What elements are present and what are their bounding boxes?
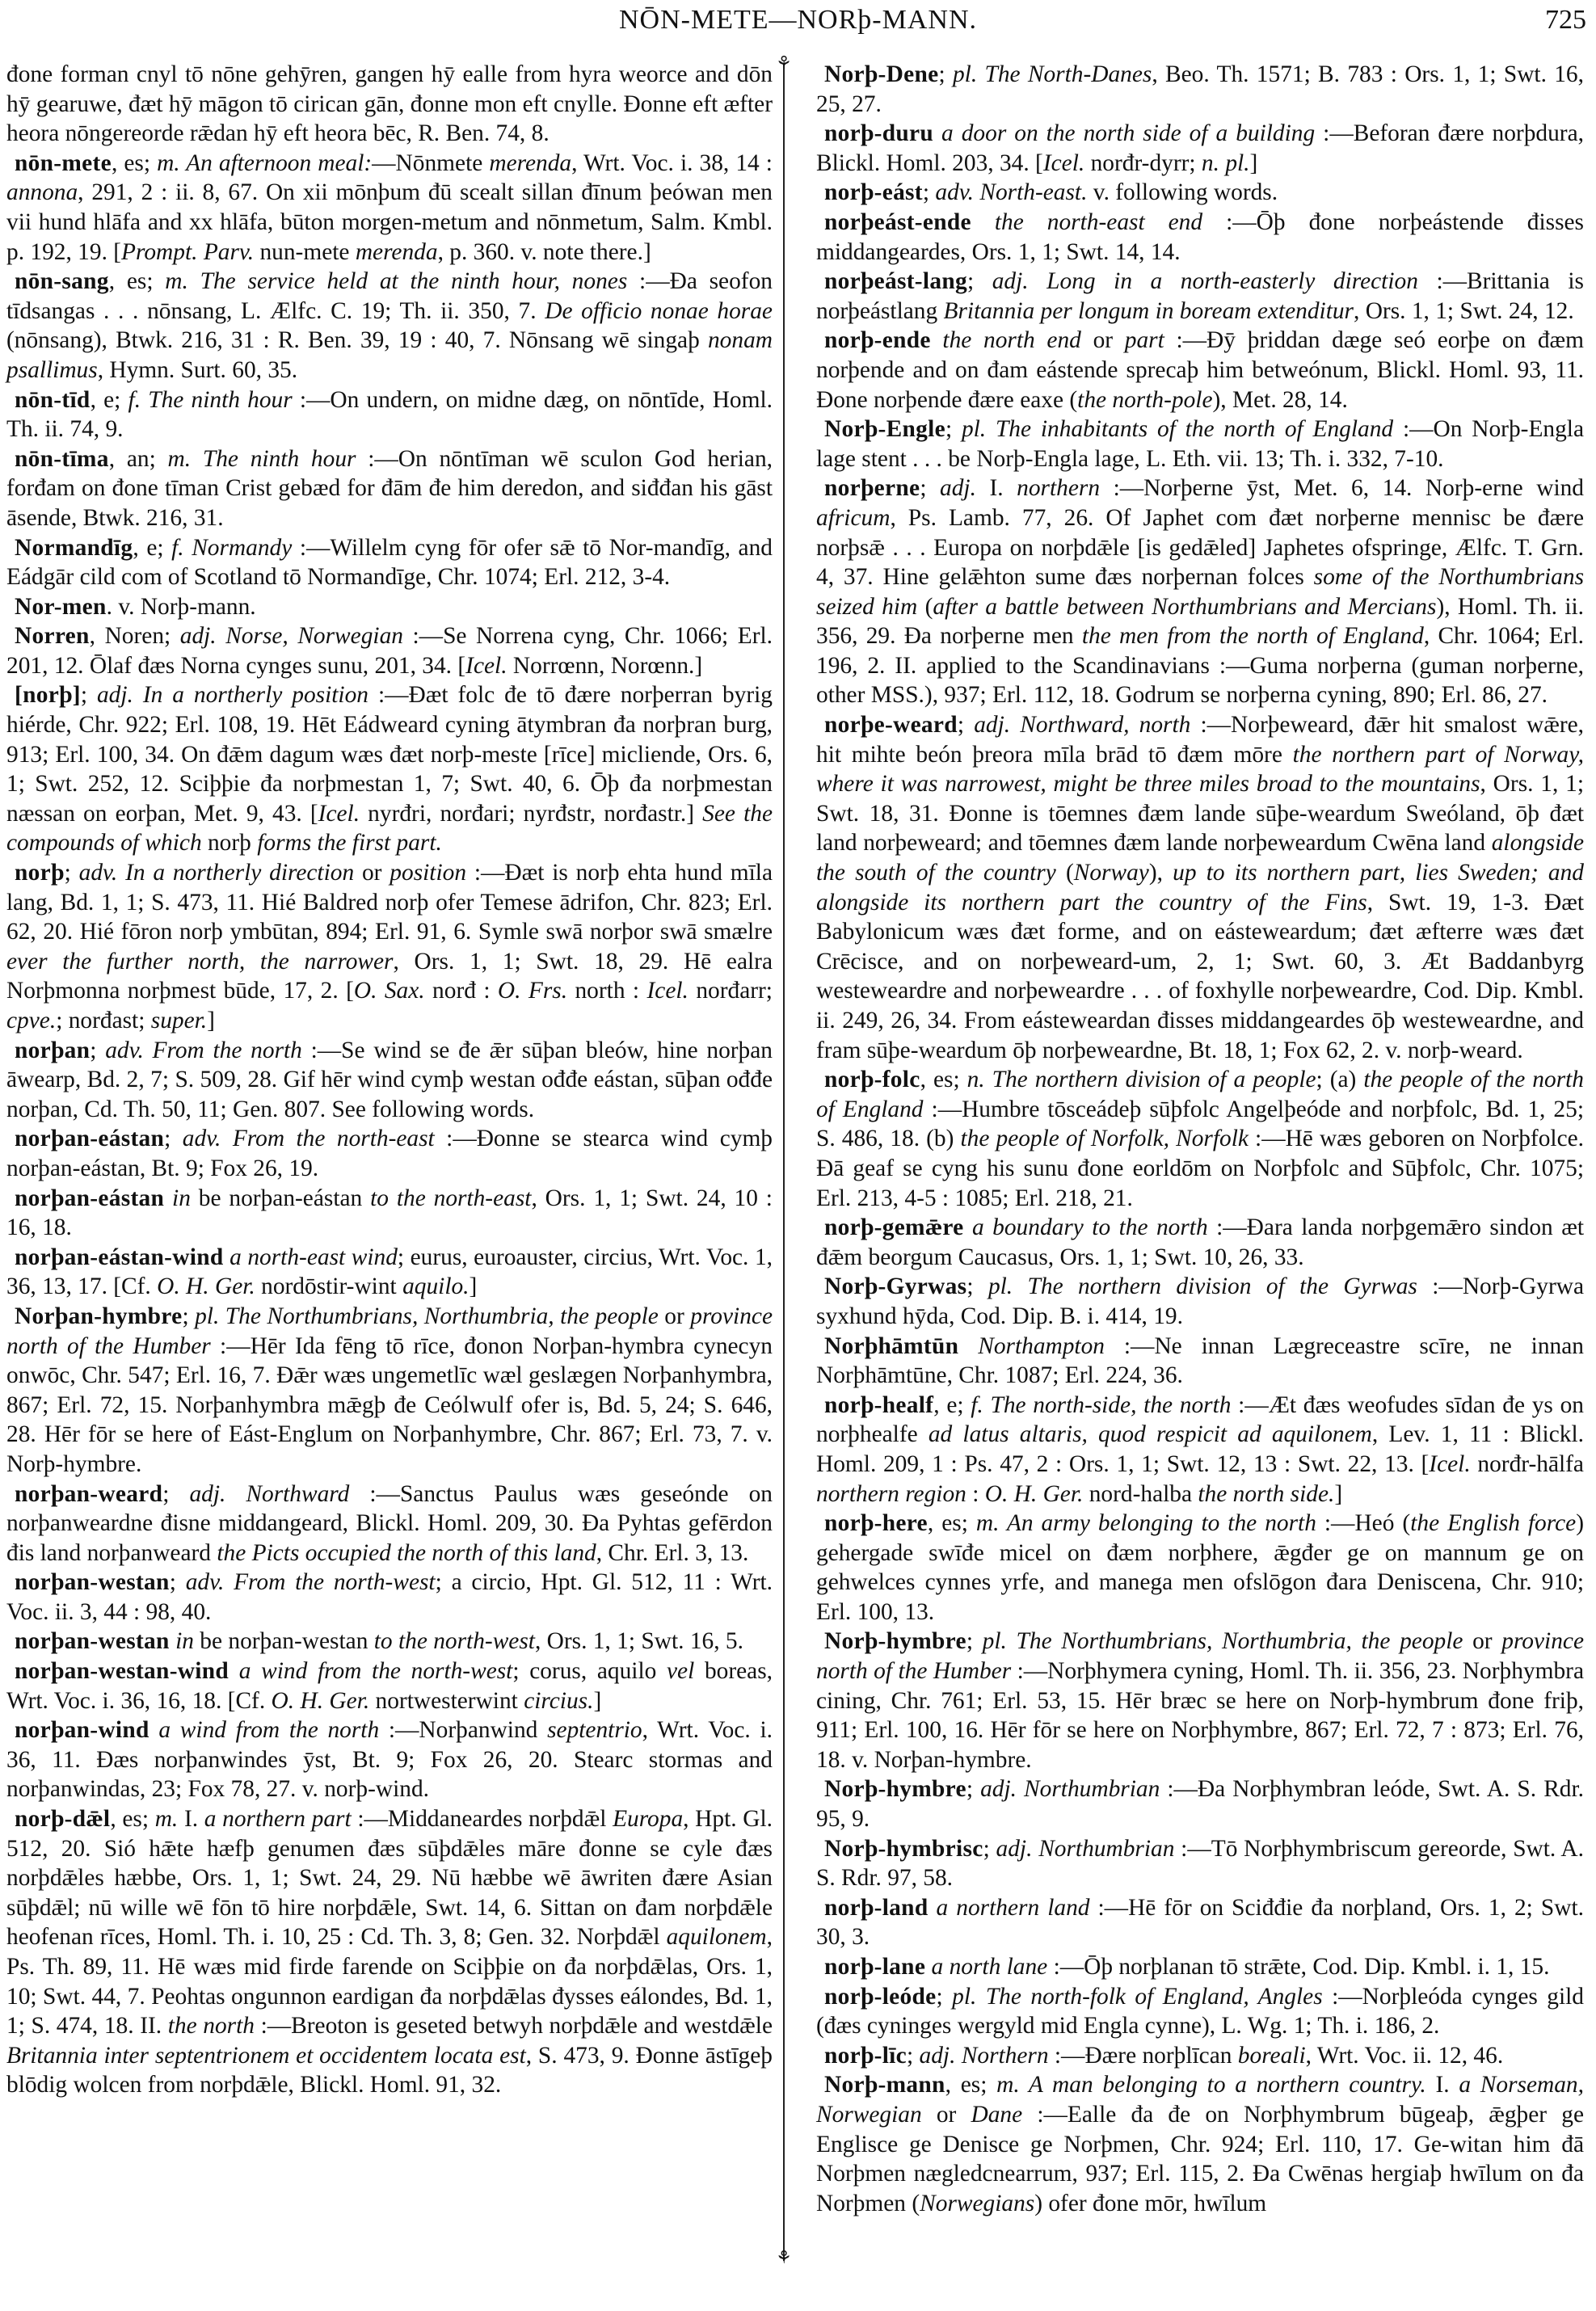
entry-text bbox=[928, 1895, 936, 1921]
entry-text: or bbox=[1081, 327, 1125, 353]
entry-text: , e; bbox=[133, 535, 171, 561]
entry-text: :—Đære norþlīcan bbox=[1049, 2043, 1238, 2069]
entry-text: ; bbox=[983, 1836, 996, 1862]
headword: norþ-duru bbox=[824, 120, 933, 146]
dictionary-entry: Norþan-hymbre; pl. The Northumbrians, No… bbox=[6, 1302, 773, 1480]
entry-text: :—Norþerne ȳst, Met. 6, 14. Norþ-erne wi… bbox=[1100, 475, 1584, 501]
headword: norþ-eást bbox=[824, 179, 923, 205]
entry-text: ; corus, aquilo bbox=[512, 1658, 667, 1684]
definition-italic: O. Sax. bbox=[354, 978, 425, 1004]
entry-text: north : bbox=[567, 978, 646, 1004]
entry-text: norđ : bbox=[425, 978, 498, 1004]
dictionary-entry: norþan-westan; adv. From the north-west;… bbox=[6, 1568, 773, 1627]
definition-italic: adj. Northern bbox=[920, 2043, 1049, 2069]
entry-text: or bbox=[659, 1303, 690, 1329]
entry-text: , Wrt. Voc. ii. 12, 46. bbox=[1306, 2043, 1504, 2069]
dictionary-entry: Norþ-Gyrwas; pl. The northern division o… bbox=[816, 1272, 1584, 1331]
entry-text: or bbox=[922, 2102, 971, 2128]
entry-text: ; (a) bbox=[1316, 1067, 1364, 1092]
headword: norþan-westan bbox=[15, 1569, 170, 1595]
entry-text bbox=[933, 120, 941, 146]
headword: Norþ-Engle bbox=[824, 416, 945, 442]
definition-italic: O. Frs. bbox=[498, 978, 567, 1004]
dictionary-entry: nōn-mete, es; m. An afternoon meal:—Nōnm… bbox=[6, 149, 773, 267]
entry-text: ( bbox=[917, 594, 933, 620]
dictionary-entry: norþ-dǣl, es; m. I. a northern part :—Mi… bbox=[6, 1804, 773, 2100]
headword: norþ-gemǣre bbox=[824, 1214, 964, 1240]
definition-italic: pl. The Northumbrians, Northumbria, the … bbox=[983, 1628, 1463, 1654]
definition-italic: Icel. bbox=[465, 653, 507, 679]
definition-italic: m. The service held at the ninth hour, n… bbox=[165, 268, 627, 294]
definition-italic: a north-east wind bbox=[230, 1244, 398, 1270]
dictionary-entry: norþ-leóde; pl. The north-folk of Englan… bbox=[816, 1982, 1584, 2041]
entry-text: , es; bbox=[928, 1510, 976, 1536]
headword: norþ-folc bbox=[824, 1067, 920, 1092]
headword: norþe-weard bbox=[824, 712, 958, 738]
definition-italic: f. The ninth hour bbox=[128, 387, 293, 413]
dictionary-entry: norþ-eást; adv. North-east. v. following… bbox=[816, 178, 1584, 208]
dictionary-entry: norþ-līc; adj. Northern :—Đære norþlīcan… bbox=[816, 2041, 1584, 2071]
entry-text: ( bbox=[1056, 860, 1074, 886]
entry-text bbox=[164, 1185, 172, 1211]
headword: norþ-līc bbox=[824, 2043, 907, 2069]
dictionary-entry: norþan-westan-wind a wind from the north… bbox=[6, 1656, 773, 1715]
definition-italic: m. An afternoon meal: bbox=[157, 150, 372, 176]
definition-italic: De officio nonae horae bbox=[545, 298, 773, 324]
headword: nōn-sang bbox=[15, 268, 109, 294]
dictionary-entry: nōn-sang, es; m. The service held at the… bbox=[6, 267, 773, 385]
definition-italic: the English force bbox=[1410, 1510, 1576, 1536]
definition-italic: adv. In a northerly direction bbox=[79, 860, 355, 886]
definition-italic: O. H. Ger. bbox=[272, 1688, 370, 1714]
definition-italic: annona bbox=[6, 179, 78, 205]
entry-text: , p. 360. v. note there.] bbox=[438, 239, 651, 265]
entry-text: ), Met. 28, 14. bbox=[1213, 387, 1348, 413]
dictionary-entry: norþan-westan in be norþan-westan to the… bbox=[6, 1627, 773, 1656]
dictionary-entry: norþan; adv. From the north :—Se wind se… bbox=[6, 1036, 773, 1125]
definition-italic: africum bbox=[816, 505, 890, 531]
definition-italic: a wind from the north-west bbox=[239, 1658, 513, 1684]
entry-text: ; bbox=[907, 2043, 920, 2069]
entry-text: , e; bbox=[933, 1392, 971, 1418]
entry-text: ; bbox=[966, 1776, 980, 1802]
entry-text bbox=[958, 1333, 978, 1359]
entry-text: ; bbox=[182, 1303, 195, 1329]
entry-text: ; bbox=[958, 712, 974, 738]
entry-text: :—Norþanwind bbox=[379, 1717, 547, 1743]
headword: Norþ-Gyrwas bbox=[824, 1273, 966, 1299]
entry-text: nordōstir-wint bbox=[255, 1273, 402, 1299]
headword: [norþ] bbox=[15, 682, 81, 708]
definition-italic: adj. Northumbrian bbox=[980, 1776, 1160, 1802]
headword: Normandīg bbox=[15, 535, 133, 561]
dictionary-entry: norþ; adv. In a northerly direction or p… bbox=[6, 858, 773, 1036]
entry-text: :—Breoton is geseted betwyh norþdǣle and… bbox=[255, 2013, 773, 2039]
entry-text: norđarr; bbox=[689, 978, 773, 1004]
dictionary-entry: norþ-folc, es; n. The northern division … bbox=[816, 1065, 1584, 1213]
definition-italic: northern region bbox=[816, 1481, 966, 1507]
entry-text: —Nōnmete bbox=[372, 150, 489, 176]
definition-italic: the men from the north of England bbox=[1082, 623, 1424, 649]
entry-text: ] bbox=[593, 1688, 601, 1714]
dictionary-entry: Norþ-Dene; pl. The North-Danes, Beo. Th.… bbox=[816, 60, 1584, 119]
entry-text: ] bbox=[1250, 150, 1258, 176]
definition-italic: O. H. Ger. bbox=[157, 1273, 255, 1299]
divider-ornament-bottom-icon: ⚘ bbox=[776, 2248, 792, 2267]
entry-text: , es; bbox=[109, 268, 166, 294]
headword: Norþhāmtūn bbox=[824, 1333, 958, 1359]
entry-text: ) ofer đone mōr, hwīlum bbox=[1034, 2191, 1266, 2216]
entry-text: , es; bbox=[112, 150, 157, 176]
entry-text: I. bbox=[1426, 2072, 1459, 2098]
entry-text: ; bbox=[938, 61, 952, 87]
definition-italic: adj. Long in a north-easterly direction bbox=[992, 268, 1418, 294]
headword: norþ-healf bbox=[824, 1392, 933, 1418]
entry-text: ; bbox=[966, 1628, 983, 1654]
dictionary-entry: [norþ]; adj. In a northerly position :—Đ… bbox=[6, 680, 773, 858]
entry-text bbox=[229, 1658, 239, 1684]
definition-italic: adj. Northumbrian bbox=[996, 1836, 1175, 1862]
definition-italic: adj. Norse, Norwegian bbox=[180, 623, 403, 649]
entry-text: , es; bbox=[110, 1806, 154, 1832]
definition-italic: merenda bbox=[489, 150, 571, 176]
headword: norþerne bbox=[824, 475, 920, 501]
entry-text: , Ors. 1, 1; Swt. 24, 12. bbox=[1354, 298, 1574, 324]
entry-text: :—Heó ( bbox=[1316, 1510, 1410, 1536]
entry-text: ; norđast; bbox=[56, 1008, 151, 1033]
entry-text: norđr-hālfa bbox=[1471, 1451, 1584, 1477]
definition-italic: part bbox=[1125, 327, 1164, 353]
definition-italic: to the north-west bbox=[374, 1628, 535, 1654]
headword: norþan-eástan bbox=[15, 1185, 164, 1211]
definition-italic: the people of Norfolk, Norfolk bbox=[961, 1126, 1249, 1151]
dictionary-entry: Norþ-Engle; pl. The inhabitants of the n… bbox=[816, 415, 1584, 474]
definition-italic: merenda bbox=[356, 239, 438, 265]
dictionary-entry: Norþ-mann, es; m. A man belonging to a n… bbox=[816, 2070, 1584, 2218]
dictionary-entry: norþ-healf, e; f. The north-side, the no… bbox=[816, 1391, 1584, 1509]
entry-text bbox=[964, 1214, 972, 1240]
dictionary-entry: Norþ-hymbre; adj. Northumbrian :—Đa Norþ… bbox=[816, 1774, 1584, 1833]
definition-italic: aquilonem bbox=[667, 1924, 767, 1950]
entry-text: I. bbox=[178, 1806, 204, 1832]
entry-text: ; bbox=[920, 475, 940, 501]
definition-italic: m. A man belonging to a northern country… bbox=[996, 2072, 1426, 2098]
definition-italic: f. Normandy bbox=[171, 535, 292, 561]
entry-text: be norþan-eástan bbox=[191, 1185, 370, 1211]
definition-italic: Northampton bbox=[978, 1333, 1105, 1359]
entry-text: (nōnsang), Btwk. 216, 31 : R. Ben. 39, 1… bbox=[6, 327, 708, 353]
definition-italic: the Picts occupied the north of this lan… bbox=[217, 1540, 596, 1566]
definition-italic: Norwegians bbox=[920, 2191, 1034, 2216]
definition-italic: cpve. bbox=[6, 1008, 56, 1033]
dictionary-entry: norþan-wind a wind from the north :—Norþ… bbox=[6, 1715, 773, 1804]
definition-italic: a wind from the north bbox=[158, 1717, 379, 1743]
definition-italic: adv. North-east. bbox=[935, 179, 1087, 205]
definition-italic: m. An army belonging to the north bbox=[976, 1510, 1316, 1536]
dictionary-entry: norþ-duru a door on the north side of a … bbox=[816, 119, 1584, 178]
definition-italic: position bbox=[390, 860, 466, 886]
entry-text: I. bbox=[976, 475, 1017, 501]
headword: norþ-leóde bbox=[824, 1984, 937, 2010]
entry-text: v. following words. bbox=[1087, 179, 1278, 205]
headword: norþeást-lang bbox=[824, 268, 967, 294]
entry-text: or bbox=[354, 860, 390, 886]
entry-text: or bbox=[1463, 1628, 1501, 1654]
entry-text: ; bbox=[81, 682, 97, 708]
dictionary-entry: norþan-eástan in be norþan-eástan to the… bbox=[6, 1184, 773, 1243]
page-title: NŌN-METE—NORþ-MANN. bbox=[0, 5, 1596, 36]
definition-italic: super. bbox=[151, 1008, 207, 1033]
divider-ornament-top-icon: ⚘ bbox=[776, 53, 792, 73]
entry-text: , Wrt. Voc. i. 38, 14 : bbox=[571, 150, 773, 176]
entry-text: ; bbox=[170, 1569, 186, 1595]
entry-text: , es; bbox=[945, 2072, 996, 2098]
entry-text: . v. Norþ-mann. bbox=[107, 594, 256, 620]
dictionary-entry: norþan-eástan-wind a north-east wind; eu… bbox=[6, 1243, 773, 1302]
dictionary-entry: norþan-eástan; adv. From the north-east … bbox=[6, 1124, 773, 1183]
definition-italic: a north lane bbox=[932, 1954, 1048, 1980]
entry-text: , an; bbox=[109, 446, 168, 472]
entry-text: đone forman cnyl tō nōne gehȳren, gangen… bbox=[6, 61, 773, 146]
dictionary-entry: nōn-tīd, e; f. The ninth hour :—On under… bbox=[6, 385, 773, 444]
definition-italic: adj. Northward, north bbox=[974, 712, 1190, 738]
definition-italic: m. bbox=[155, 1806, 179, 1832]
entry-text: ; bbox=[937, 1984, 953, 2010]
definition-italic: in bbox=[175, 1628, 194, 1654]
definition-italic: adv. From the north bbox=[105, 1038, 302, 1063]
dictionary-entry: Norren, Noren; adj. Norse, Norwegian :—S… bbox=[6, 621, 773, 680]
headword: nōn-mete bbox=[15, 150, 112, 176]
dictionary-entry: norþ-here, es; m. An army belonging to t… bbox=[816, 1509, 1584, 1627]
definition-italic: the north bbox=[168, 2013, 255, 2039]
definition-italic: adj. Northward bbox=[189, 1481, 349, 1507]
entry-text: norđr-dyrr; bbox=[1084, 150, 1202, 176]
entry-text bbox=[971, 209, 995, 235]
definition-italic: adv. From the north-east bbox=[183, 1126, 435, 1151]
entry-text: be norþan-westan bbox=[194, 1628, 374, 1654]
definition-italic: f. The north-side, the north bbox=[971, 1392, 1231, 1418]
headword: norþan-westan-wind bbox=[15, 1658, 229, 1684]
definition-italic: the north side. bbox=[1198, 1481, 1334, 1507]
entry-text: nun-mete bbox=[254, 239, 356, 265]
entry-text: ; bbox=[923, 179, 936, 205]
headword: Norþ-mann bbox=[824, 2072, 945, 2098]
entry-text: , Noren; bbox=[90, 623, 180, 649]
definition-italic: adj. bbox=[940, 475, 976, 501]
dictionary-entry: Nor-men. v. Norþ-mann. bbox=[6, 592, 773, 622]
headword: norþ-dǣl bbox=[15, 1806, 110, 1832]
definition-italic: O. H. Ger. bbox=[985, 1481, 1084, 1507]
dictionary-entry: norþ-ende the north end or part :—Đȳ þri… bbox=[816, 326, 1584, 415]
headword: Norren bbox=[15, 623, 90, 649]
definition-italic: Dane bbox=[971, 2102, 1023, 2128]
entry-text: nyrđri, norđari; nyrđstr, norđastr.] bbox=[360, 801, 702, 827]
headword: norþan bbox=[15, 1038, 90, 1063]
definition-italic: aquilo. bbox=[402, 1273, 469, 1299]
definition-italic: Norway bbox=[1074, 860, 1149, 886]
definition-italic: Britannia inter septentrionem et occiden… bbox=[6, 2043, 526, 2069]
entry-text: ; bbox=[966, 1273, 988, 1299]
entry-text: ; bbox=[90, 1038, 105, 1063]
entry-text: ] bbox=[470, 1273, 478, 1299]
definition-italic: a northern part bbox=[204, 1806, 352, 1832]
entry-text: ; bbox=[945, 416, 962, 442]
right-column: Norþ-Dene; pl. The North-Danes, Beo. Th.… bbox=[816, 60, 1584, 2218]
definition-italic: adj. In a northerly position bbox=[97, 682, 368, 708]
headword: norþ bbox=[15, 860, 65, 886]
definition-italic: m. The ninth hour bbox=[168, 446, 356, 472]
definition-italic: the north-pole bbox=[1077, 387, 1212, 413]
definition-italic: Europa bbox=[613, 1806, 683, 1832]
entry-text: norþ bbox=[202, 830, 258, 856]
entry-text: , e; bbox=[91, 387, 128, 413]
definition-italic: pl. The northern division of the Gyrwas bbox=[988, 1273, 1417, 1299]
dictionary-entry: norþ-gemǣre a boundary to the north :—Đa… bbox=[816, 1213, 1584, 1272]
headword: nōn-tīd bbox=[15, 387, 91, 413]
definition-italic: ever the further north, the narrower bbox=[6, 949, 393, 974]
entry-text: ; bbox=[164, 1126, 183, 1151]
headword: Norþan-hymbre bbox=[15, 1303, 182, 1329]
definition-italic: a door on the north side of a building bbox=[941, 120, 1315, 146]
dictionary-entry: Normandīg, e; f. Normandy :—Willelm cyng… bbox=[6, 533, 773, 592]
entry-text: ] bbox=[207, 1008, 215, 1033]
definition-italic: the north-east end bbox=[995, 209, 1202, 235]
entry-text: : bbox=[966, 1481, 985, 1507]
headword: norþ-ende bbox=[824, 327, 931, 353]
entry-text: , Ors. 1, 1; Swt. 16, 5. bbox=[535, 1628, 743, 1654]
definition-italic: boreali bbox=[1238, 2043, 1306, 2069]
entry-text: ; bbox=[162, 1481, 189, 1507]
dictionary-entry: norþan-weard; adj. Northward :—Sanctus P… bbox=[6, 1480, 773, 1568]
definition-italic: pl. The North-Danes bbox=[953, 61, 1152, 87]
headword: norþan-wind bbox=[15, 1717, 149, 1743]
headword: norþ-here bbox=[824, 1510, 928, 1536]
dictionary-entry: Norþhāmtūn Northampton :—Ne innan Lægrec… bbox=[816, 1332, 1584, 1391]
headword: Norþ-hymbre bbox=[824, 1628, 966, 1654]
page-number: 725 bbox=[1545, 5, 1586, 36]
headword: norþeást-ende bbox=[824, 209, 971, 235]
entry-text: ] bbox=[1334, 1481, 1342, 1507]
entry-text bbox=[170, 1628, 175, 1654]
definition-italic: pl. The Northumbrians, Northumbria, the … bbox=[195, 1303, 659, 1329]
dictionary-entry: norþe-weard; adj. Northward, north :—Nor… bbox=[816, 710, 1584, 1065]
entry-text: ; bbox=[967, 268, 992, 294]
entry-text: Norrœnn, Norœnn.] bbox=[507, 653, 703, 679]
definition-italic: pl. The inhabitants of the north of Engl… bbox=[962, 416, 1393, 442]
definition-italic: after a battle between Northumbrians and… bbox=[933, 594, 1436, 620]
column-divider bbox=[783, 63, 785, 2261]
definition-italic: the north end bbox=[942, 327, 1080, 353]
dictionary-entry: nōn-tīma, an; m. The ninth hour :—On nōn… bbox=[6, 444, 773, 533]
definition-italic: forms the first part. bbox=[257, 830, 442, 856]
entry-text: , Chr. Erl. 3, 13. bbox=[596, 1540, 749, 1566]
headword: Norþ-hymbre bbox=[824, 1776, 966, 1802]
headword: Nor-men bbox=[15, 594, 107, 620]
dictionary-entry: Norþ-hymbre; pl. The Northumbrians, Nort… bbox=[816, 1627, 1584, 1774]
definition-italic: to the north-east bbox=[370, 1185, 531, 1211]
entry-text bbox=[925, 1954, 931, 1980]
entry-text: nord-halba bbox=[1083, 1481, 1198, 1507]
entry-text: ; bbox=[65, 860, 79, 886]
dictionary-entry: norþ-lane a north lane :—Ōþ norþlanan tō… bbox=[816, 1952, 1584, 1982]
entry-text: ), bbox=[1149, 860, 1173, 886]
definition-italic: in bbox=[172, 1185, 191, 1211]
definition-italic: vel bbox=[667, 1658, 694, 1684]
definition-italic: a northern land bbox=[937, 1895, 1090, 1921]
entry-text bbox=[224, 1244, 230, 1270]
dictionary-entry: đone forman cnyl tō nōne gehȳren, gangen… bbox=[6, 60, 773, 149]
definition-italic: Icel. bbox=[1429, 1451, 1470, 1477]
definition-italic: Icel. bbox=[1043, 150, 1084, 176]
definition-italic: pl. The north-folk of England, Angles bbox=[952, 1984, 1322, 2010]
dictionary-entry: norþeást-ende the north-east end :—Ōþ đo… bbox=[816, 208, 1584, 267]
left-column: đone forman cnyl tō nōne gehȳren, gangen… bbox=[6, 60, 773, 2100]
entry-text bbox=[931, 327, 943, 353]
definition-italic: n. The northern division of a people bbox=[967, 1067, 1316, 1092]
running-head: NŌN-METE—NORþ-MANN. 725 bbox=[0, 5, 1596, 37]
headword: norþan-westan bbox=[15, 1628, 170, 1654]
headword: norþan-eástan bbox=[15, 1126, 164, 1151]
entry-text: , Hymn. Surt. 60, 35. bbox=[98, 357, 297, 383]
dictionary-entry: norþeást-lang; adj. Long in a north-east… bbox=[816, 267, 1584, 326]
entry-text: :—Ōþ norþlanan tō strǣte, Cod. Dip. Kmbl… bbox=[1047, 1954, 1549, 1980]
definition-italic: circius. bbox=[524, 1688, 593, 1714]
definition-italic: Britannia per longum in boream extenditu… bbox=[944, 298, 1354, 324]
headword: norþan-weard bbox=[15, 1481, 162, 1507]
dictionary-entry: Norþ-hymbrisc; adj. Northumbrian :—Tō No… bbox=[816, 1834, 1584, 1893]
headword: Norþ-hymbrisc bbox=[824, 1836, 983, 1862]
entry-text: :—Middaneardes norþdǣl bbox=[352, 1806, 613, 1832]
definition-italic: Icel. bbox=[647, 978, 689, 1004]
definition-italic: n. pl. bbox=[1202, 150, 1250, 176]
definition-italic: septentrio bbox=[547, 1717, 642, 1743]
headword: norþan-eástan-wind bbox=[15, 1244, 224, 1270]
dictionary-entry: norþerne; adj. I. northern :—Norþerne ȳs… bbox=[816, 474, 1584, 710]
definition-italic: adv. From the north-west bbox=[186, 1569, 436, 1595]
definition-italic: northern bbox=[1017, 475, 1100, 501]
headword: norþ-land bbox=[824, 1895, 928, 1921]
dictionary-entry: norþ-land a northern land :—Hē fōr on Sc… bbox=[816, 1893, 1584, 1952]
definition-italic: a boundary to the north bbox=[972, 1214, 1208, 1240]
headword: nōn-tīma bbox=[15, 446, 109, 472]
headword: Norþ-Dene bbox=[824, 61, 938, 87]
headword: norþ-lane bbox=[824, 1954, 925, 1980]
definition-italic: Prompt. Parv. bbox=[121, 239, 254, 265]
entry-text bbox=[149, 1717, 159, 1743]
definition-italic: ad latus altaris, quod respicit ad aquil… bbox=[929, 1421, 1372, 1447]
definition-italic: Icel. bbox=[318, 801, 360, 827]
entry-text: , es; bbox=[920, 1067, 967, 1092]
entry-text: nortwesterwint bbox=[369, 1688, 524, 1714]
